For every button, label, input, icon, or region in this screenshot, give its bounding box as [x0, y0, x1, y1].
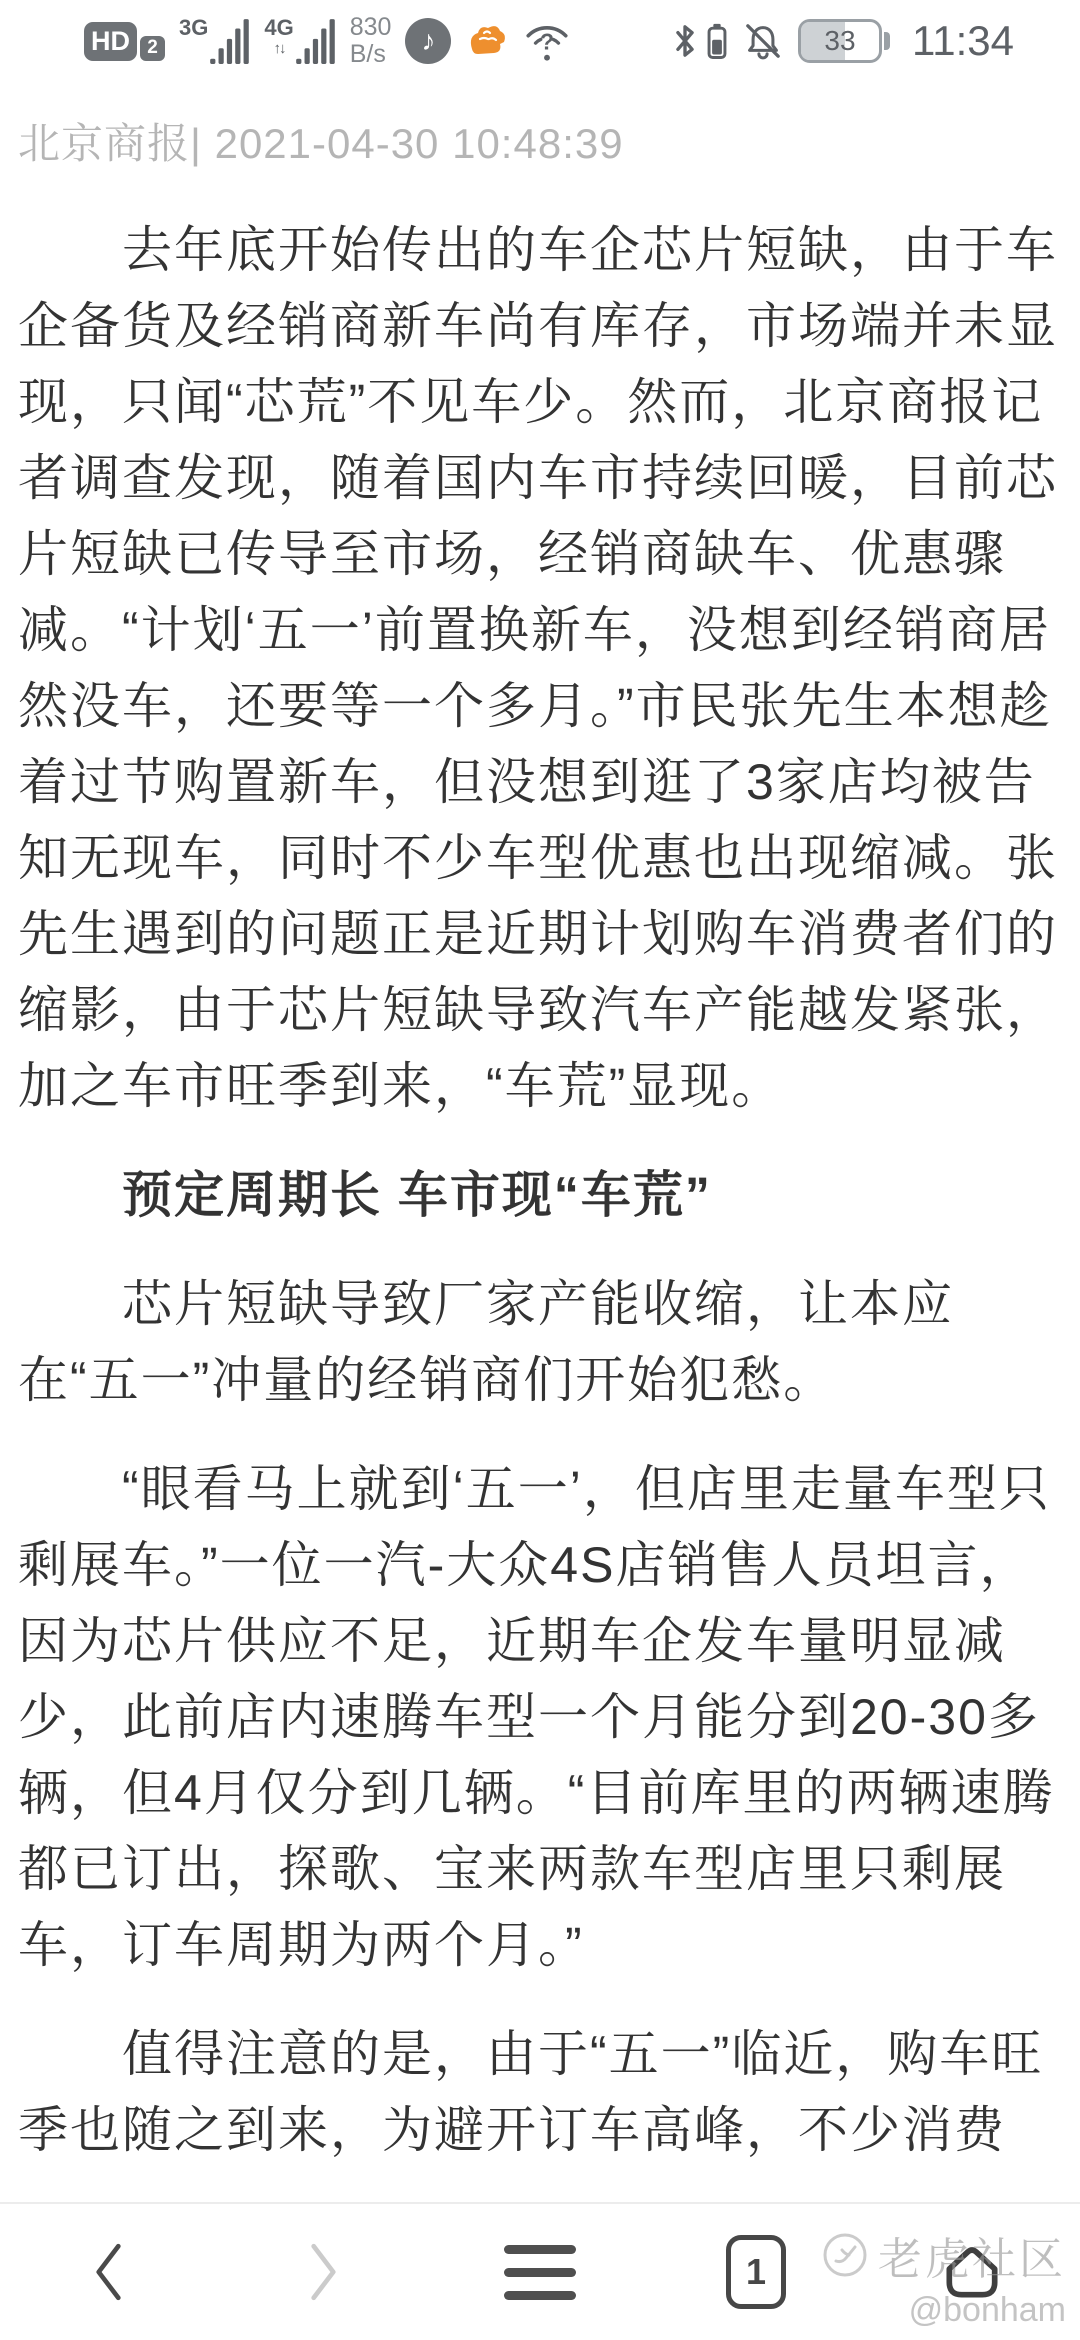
signal-4g-icon: 4G ↑↓	[264, 17, 335, 65]
signal-bars-icon	[296, 17, 336, 65]
forward-chevron-icon	[306, 2240, 342, 2304]
status-bar-left: HD 2 3G 4G	[84, 14, 571, 68]
article-meta: 北京商报| 2021-04-30 10:48:39	[18, 116, 1062, 172]
browser-toolbar: 1	[0, 2202, 1080, 2340]
home-button[interactable]	[864, 2204, 1080, 2340]
music-app-icon: ♪	[405, 18, 451, 64]
menu-button[interactable]	[432, 2204, 648, 2340]
back-button[interactable]	[0, 2204, 216, 2340]
bt-device-battery-icon	[706, 22, 728, 60]
tiger-app-icon	[465, 20, 509, 62]
speed-unit: B/s	[350, 41, 386, 68]
speed-value: 830	[350, 14, 392, 41]
hamburger-icon	[504, 2245, 576, 2300]
signal-3g-icon: 3G	[179, 17, 250, 65]
updown-arrows-icon: ↑↓	[274, 41, 285, 56]
svg-text:?: ?	[540, 28, 554, 54]
bluetooth-icon	[672, 23, 698, 59]
article-paragraph: “眼看马上就到‘五一’，但店里走量车型只剩展车。”一位一汽-大众4S店销售人员坦…	[18, 1451, 1062, 1983]
hd-badge: HD	[84, 22, 137, 61]
music-note-glyph: ♪	[421, 25, 435, 57]
network-3g-label: 3G	[179, 17, 208, 39]
sim2-badge: 2	[140, 36, 165, 61]
volte-hd2-icon: HD 2	[84, 22, 165, 61]
battery-icon: 33	[798, 19, 890, 63]
wifi-no-internet-icon: ?	[523, 19, 571, 63]
article-paragraph: 芯片短缺导致厂家产能收缩，让本应在“五一”冲量的经销商们开始犯愁。	[18, 1266, 1062, 1418]
article-content: 北京商报| 2021-04-30 10:48:39 去年底开始传出的车企芯片短缺…	[0, 116, 1080, 2168]
tab-counter-icon: 1	[726, 2235, 786, 2309]
tab-count: 1	[746, 2251, 766, 2293]
tabs-button[interactable]: 1	[648, 2204, 864, 2340]
forward-button[interactable]	[216, 2204, 432, 2340]
article-body: 去年底开始传出的车企芯片短缺，由于车企备货及经销商新车尚有库存，市场端并未显现，…	[18, 212, 1062, 2168]
article-paragraph: 值得注意的是，由于“五一”临近，购车旺季也随之到来，为避开订车高峰，不少消费	[18, 2016, 1062, 2168]
back-chevron-icon	[90, 2240, 126, 2304]
home-icon	[939, 2241, 1005, 2303]
section-heading: 预定周期长 车市现“车荒”	[18, 1157, 1062, 1233]
signal-bars-icon	[210, 17, 250, 65]
network-speed: 830 B/s	[350, 14, 392, 68]
status-bar: HD 2 3G 4G	[0, 0, 1080, 76]
clock-time: 11:34	[912, 17, 1014, 65]
status-bar-right: 33 11:34	[672, 17, 1014, 65]
battery-percent: 33	[824, 25, 855, 57]
battery-nub	[884, 32, 890, 50]
article-paragraph: 去年底开始传出的车企芯片短缺，由于车企备货及经销商新车尚有库存，市场端并未显现，…	[18, 212, 1062, 1124]
mute-bell-icon	[742, 22, 784, 60]
network-4g-label: 4G	[264, 17, 293, 39]
phone-screen: HD 2 3G 4G	[0, 0, 1080, 2340]
